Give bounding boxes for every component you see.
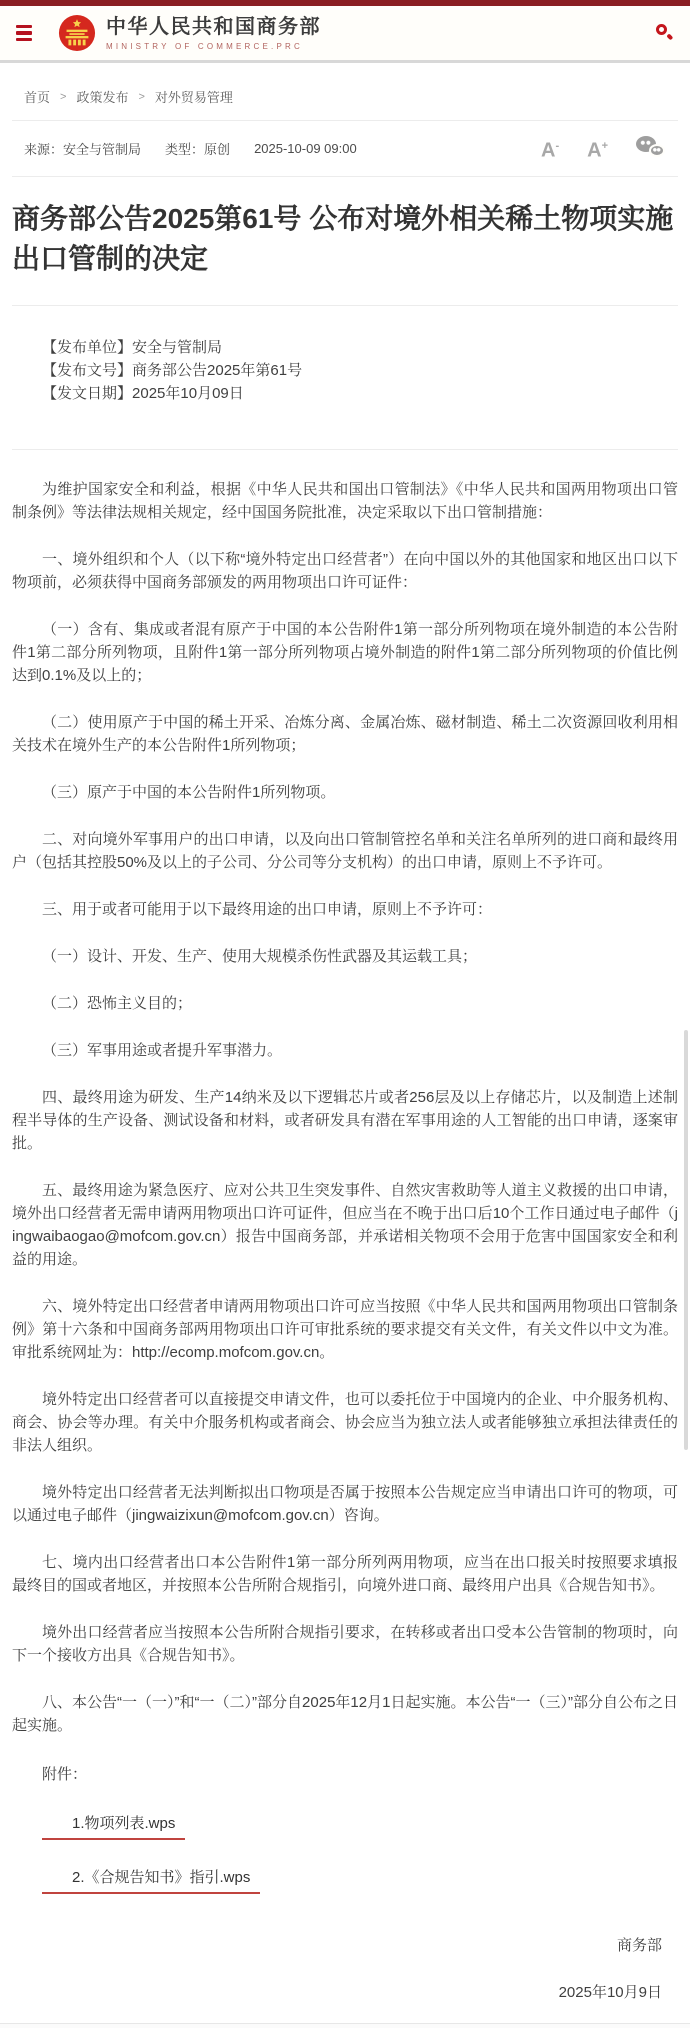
- paragraph: 五、最终用途为紧急医疗、应对公共卫生突发事件、自然灾害救助等人道主义救援的出口申…: [12, 1179, 678, 1271]
- breadcrumb-separator: >: [138, 91, 144, 103]
- article-meta-bar: 来源：安全与管制局 类型：原创 2025-10-09 09:00 A- A+: [12, 121, 678, 177]
- paragraph: 境外出口经营者应当按照本公告所附合规指引要求，在转移或者出口受本公告管制的物项时…: [12, 1621, 678, 1667]
- meta-source: 来源：安全与管制局: [24, 139, 141, 158]
- paragraph: 二、对向境外军事用户的出口申请，以及向出口管制管控名单和关注名单所列的进口商和最…: [12, 828, 678, 874]
- doc-meta-publisher: 【发布单位】安全与管制局: [42, 336, 678, 359]
- signature-block: 商务部 2025年10月9日: [12, 1934, 678, 2004]
- site-brand[interactable]: 中华人民共和国商务部 MINISTRY OF COMMERCE.PRC: [106, 16, 321, 51]
- scrollbar-thumb[interactable]: [684, 1030, 688, 1450]
- site-subtitle: MINISTRY OF COMMERCE.PRC: [106, 42, 321, 51]
- paragraph: 一、境外组织和个人（以下称“境外特定出口经营者”）在向中国以外的其他国家和地区出…: [12, 548, 678, 594]
- paragraph: 境外特定出口经营者无法判断拟出口物项是否属于按照本公告规定应当申请出口许可的物项…: [12, 1481, 678, 1527]
- signature-org: 商务部: [12, 1934, 662, 1957]
- doc-meta-block: 【发布单位】安全与管制局 【发布文号】商务部公告2025年第61号 【发文日期】…: [12, 306, 678, 450]
- wechat-share-icon[interactable]: [636, 136, 666, 160]
- paragraph: （三）原产于中国的本公告附件1所列物项。: [12, 781, 678, 804]
- paragraph: （二）恐怖主义目的；: [12, 992, 678, 1015]
- meta-datetime: 2025-10-09 09:00: [254, 141, 357, 156]
- bottom-divider: [0, 2023, 690, 2028]
- article-body: 为维护国家安全和利益，根据《中华人民共和国出口管制法》《中华人民共和国两用物项出…: [12, 450, 678, 2004]
- paragraph: 六、境外特定出口经营者申请两用物项出口许可应当按照《中华人民共和国两用物项出口管…: [12, 1295, 678, 1364]
- font-increase-button[interactable]: A+: [587, 136, 608, 161]
- paragraph: 三、用于或者可能用于以下最终用途的出口申请，原则上不予许可：: [12, 898, 678, 921]
- paragraph: （三）军事用途或者提升军事潜力。: [12, 1039, 678, 1062]
- national-emblem-logo: [58, 14, 96, 52]
- paragraph: 四、最终用途为研发、生产14纳米及以下逻辑芯片或者256层及以上存储芯片，以及制…: [12, 1086, 678, 1155]
- paragraph: 境外特定出口经营者可以直接提交申请文件，也可以委托位于中国境内的企业、中介服务机…: [12, 1388, 678, 1457]
- paragraph: 为维护国家安全和利益，根据《中华人民共和国出口管制法》《中华人民共和国两用物项出…: [12, 478, 678, 524]
- attachments-label: 附件：: [12, 1763, 678, 1786]
- paragraph: （一）含有、集成或者混有原产于中国的本公告附件1第一部分所列物项在境外制造的本公…: [12, 618, 678, 687]
- breadcrumb-home[interactable]: 首页: [24, 87, 50, 106]
- paragraph: （一）设计、开发、生产、使用大规模杀伤性武器及其运载工具；: [12, 945, 678, 968]
- paragraph: 八、本公告“一（一）”和“一（二）”部分自2025年12月1日起实施。本公告“一…: [12, 1691, 678, 1737]
- page-title: 商务部公告2025第61号 公布对境外相关稀土物项实施出口管制的决定: [12, 177, 678, 306]
- doc-meta-number: 【发布文号】商务部公告2025年第61号: [42, 359, 678, 382]
- font-decrease-button[interactable]: A-: [541, 136, 559, 161]
- attachments-section: 附件： 1.物项列表.wps 2.《合规告知书》指引.wps: [12, 1763, 678, 1894]
- attachment-link-compliance-guide[interactable]: 2.《合规告知书》指引.wps: [42, 1866, 260, 1894]
- paragraph: （二）使用原产于中国的稀土开采、冶炼分离、金属冶炼、磁材制造、稀土二次资源回收利…: [12, 711, 678, 757]
- breadcrumb-separator: >: [60, 91, 66, 103]
- menu-icon[interactable]: [16, 25, 32, 42]
- breadcrumb-current[interactable]: 对外贸易管理: [155, 87, 233, 106]
- signature-date: 2025年10月9日: [12, 1981, 662, 2004]
- breadcrumb: 首页 > 政策发布 > 对外贸易管理: [12, 63, 678, 121]
- doc-meta-date: 【发文日期】2025年10月09日: [42, 382, 678, 405]
- site-title: 中华人民共和国商务部: [106, 16, 321, 38]
- paragraph: 七、境内出口经营者出口本公告附件1第一部分所列两用物项，应当在出口报关时按照要求…: [12, 1551, 678, 1597]
- search-icon[interactable]: [654, 23, 674, 43]
- attachment-link-items-list[interactable]: 1.物项列表.wps: [42, 1812, 185, 1840]
- meta-type: 类型：原创: [165, 139, 230, 158]
- site-header: 中华人民共和国商务部 MINISTRY OF COMMERCE.PRC: [0, 6, 690, 63]
- breadcrumb-policy[interactable]: 政策发布: [76, 87, 128, 106]
